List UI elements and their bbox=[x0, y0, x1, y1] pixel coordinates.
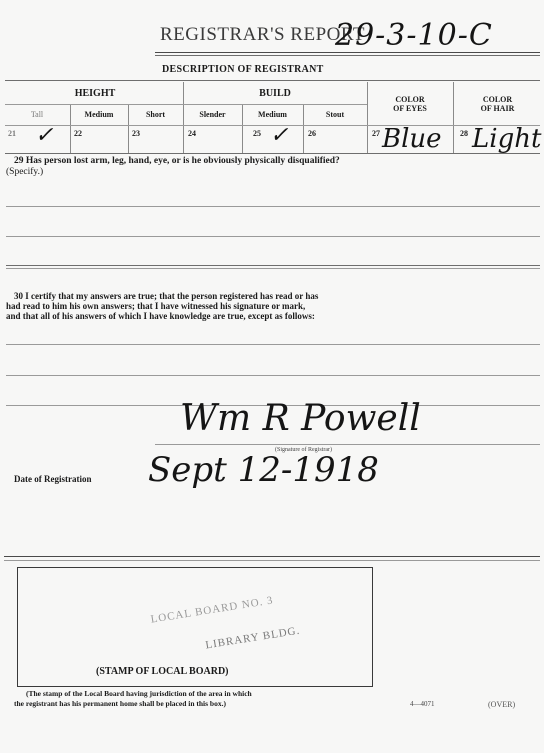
question-30-line2: had read to him his own answers; that I … bbox=[6, 301, 305, 311]
answer-line bbox=[6, 236, 540, 237]
field-number: 28 bbox=[460, 129, 468, 138]
description-heading: DESCRIPTION OF REGISTRANT bbox=[162, 64, 324, 75]
build-slender-label: Slender bbox=[184, 110, 241, 119]
table-bottom-rule bbox=[5, 153, 540, 154]
answer-line bbox=[6, 344, 540, 345]
height-tall-label: Tall bbox=[5, 110, 69, 119]
field-number: 26 bbox=[308, 129, 316, 138]
registrar-signature: Wm R Powell bbox=[180, 398, 421, 439]
field-number: 24 bbox=[188, 129, 196, 138]
form-code: 4—4071 bbox=[410, 700, 435, 708]
build-medium-label: Medium bbox=[243, 110, 302, 119]
signature-line bbox=[155, 444, 540, 445]
label-line: OF EYES bbox=[368, 104, 452, 113]
field-number: 22 bbox=[74, 129, 82, 138]
divider bbox=[5, 104, 367, 105]
field-number: 21 bbox=[8, 129, 16, 138]
label-line: COLOR bbox=[368, 95, 452, 104]
height-tall-check: ✓ bbox=[35, 123, 53, 148]
height-medium-label: Medium bbox=[71, 110, 127, 119]
stamp-caption: (STAMP OF LOCAL BOARD) bbox=[96, 666, 229, 677]
question-30-line1: 30 I certify that my answers are true; t… bbox=[14, 291, 318, 301]
title-rule bbox=[155, 52, 540, 53]
field-number: 23 bbox=[132, 129, 140, 138]
stamp-instruction-line2: the registrant has his permanent home sh… bbox=[14, 699, 226, 708]
answer-line bbox=[6, 375, 540, 376]
serial-number: 29-3-10-C bbox=[335, 18, 493, 53]
build-label: BUILD bbox=[210, 88, 340, 99]
field-number: 27 bbox=[372, 129, 380, 138]
section-rule bbox=[4, 560, 540, 561]
answer-line bbox=[6, 265, 540, 266]
divider bbox=[367, 82, 368, 154]
title-rule-2 bbox=[155, 55, 540, 56]
divider bbox=[453, 82, 454, 154]
hair-color-value: Light bbox=[472, 124, 541, 154]
eye-color-value: Blue bbox=[382, 124, 442, 154]
height-short-label: Short bbox=[129, 110, 182, 119]
stamp-instruction-line1: (The stamp of the Local Board having jur… bbox=[26, 689, 252, 698]
table-top-rule bbox=[5, 80, 540, 81]
height-label: HEIGHT bbox=[30, 88, 160, 99]
eye-color-label: COLOR OF EYES bbox=[368, 95, 452, 113]
label-line: COLOR bbox=[455, 95, 540, 104]
build-stout-label: Stout bbox=[304, 110, 366, 119]
answer-line bbox=[6, 206, 540, 207]
over-indicator: (OVER) bbox=[488, 700, 515, 709]
question-29-text: 29 Has person lost arm, leg, hand, eye, … bbox=[14, 156, 544, 167]
date-of-registration-value: Sept 12-1918 bbox=[148, 450, 379, 490]
label-line: OF HAIR bbox=[455, 104, 540, 113]
build-medium-check: ✓ bbox=[270, 123, 288, 148]
hair-color-label: COLOR OF HAIR bbox=[455, 95, 540, 113]
section-rule bbox=[4, 556, 540, 557]
answer-line bbox=[6, 268, 540, 269]
field-number: 25 bbox=[253, 129, 261, 138]
question-30-line3: and that all of his answers of which I h… bbox=[6, 311, 315, 321]
question-29-specify: (Specify.) bbox=[6, 167, 43, 178]
date-of-registration-label: Date of Registration bbox=[14, 474, 91, 484]
